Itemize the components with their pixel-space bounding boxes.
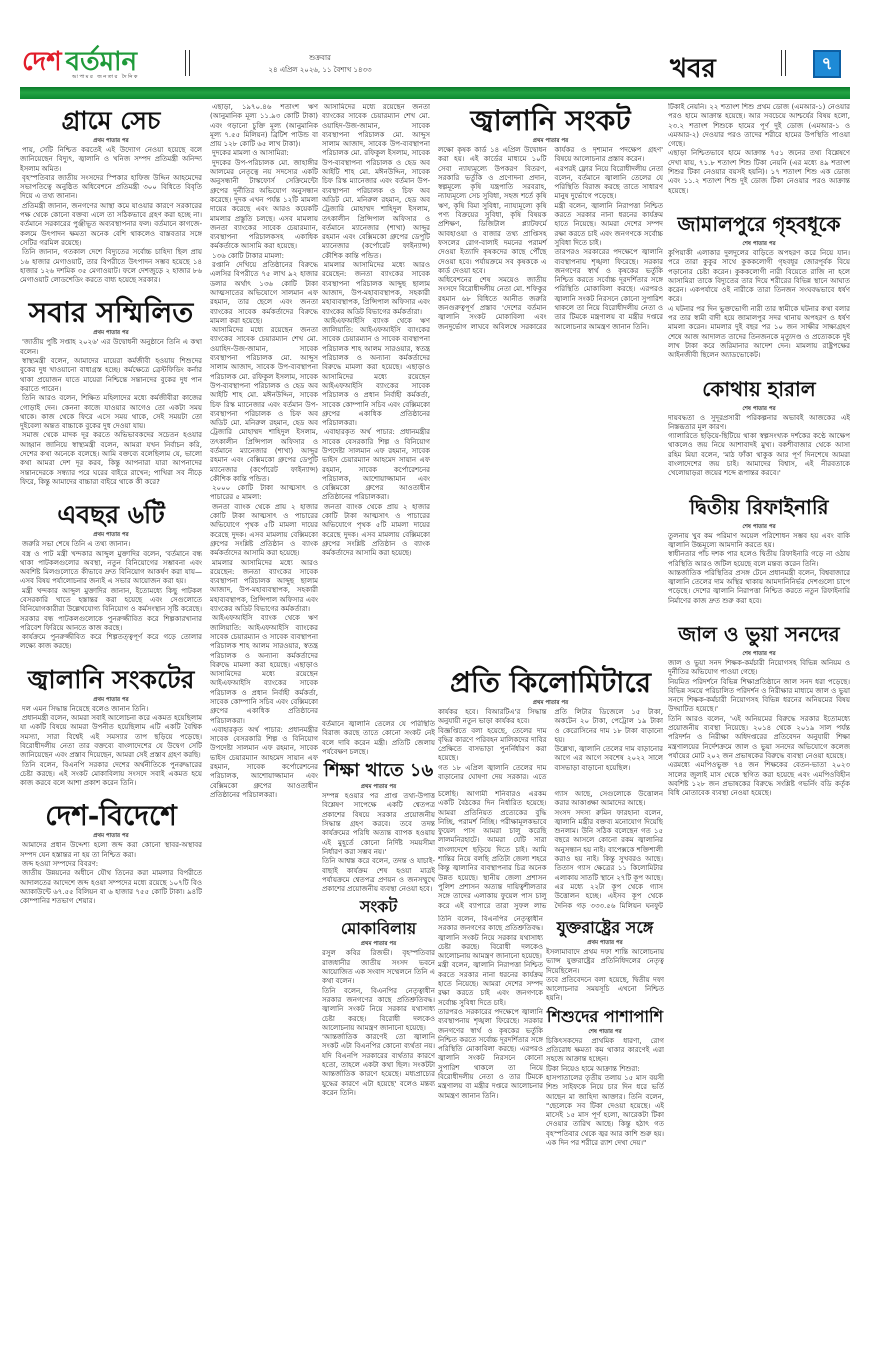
paragraph: দুদকের উপ-পরিচালক মো. জাহাঙ্গীর আলমের নে… [210,159,318,252]
paragraph: প্রতিমন্ত্রী জানান, জনগণের আস্থা কমে যাও… [20,202,202,248]
paragraph: পায়, সেটি নিশ্চিত করতেই এই উদ্যোগ নেওয়… [20,146,202,174]
continuation-label: প্রথম পাতার পর [20,329,202,337]
paragraph: জব্দ হওয়া সম্পদের বিবরণ: [20,860,202,869]
headline[interactable]: জাল ও ভুয়া সনদের [668,618,850,650]
paragraph: আসামিদের মধ্যে রয়েছেন জনতা ব্যাংকের সাব… [322,103,430,261]
paragraph: জাল ও ভুয়া সনদ শিক্ষক-কর্মচারী নিয়োগসহ… [668,659,850,678]
paragraph: 'জাতীয় পুষ্টি সপ্তাহ ২০২৬' এর উদ্বোধনী … [20,338,202,357]
continuation-label: প্রথম পাতার পর [438,137,663,145]
paragraph: তুলনায় খুব কম পরিমাণ অয়েল পরিশোধন সম্ভ… [668,532,850,551]
paragraph: টিকা নিয়েও হামে আক্রান্ত শিশুরা: [546,1065,664,1074]
paragraph: দুদকের মামলা ও আসামিরা: [210,149,318,158]
paragraph: তিনি বলেন, বিএনপি সরকার দেশের অর্থনীতিকে… [20,761,202,789]
paragraph: আইএফআইসি ব্যাংক থেকে ঋণ জালিয়াতি: আইএফআ… [322,317,430,429]
paragraph: জনতা ব্যাংক থেকে প্রায় ২ হাজার কোটি টাক… [322,503,430,559]
paragraph: আইএফআইসি ব্যাংক থেকে ঋণ জালিয়াতি: আইএফআ… [210,614,318,726]
article-jwalani-sonkot: জ্বালানি সংকট প্রথম পাতার পর লক্ষো কৃষক … [438,103,663,663]
paragraph: আন্তর্জাতিক পরিস্থিতির প্রসঙ্গ টেনে প্রধ… [668,569,850,606]
continuation-label: প্রথম পাতার পর [438,699,663,707]
paragraph: বৃহস্পতিবার জাতীয় সংসদের স্পিকার হাফিজ … [20,174,202,202]
logo-word-bortoman: বর্তমান [66,47,137,77]
paragraph: তিনি আরও বলেন, শিক্ষিত মহিলাদের মধ্যে কর… [20,394,202,431]
logo-tagline: আপামর জনতার দৈনিক [72,74,139,82]
logo-word-desh: দেশ [22,47,62,77]
column-3-lower: বর্তমানে জ্বালানি তেলের যে পরিস্থিতি বির… [322,720,435,1348]
headline[interactable]: জ্বালানি সংকটের [20,664,202,696]
paragraph: আমাদের প্রধান উদ্দেশ্য হলো জব্দ করা কোনো… [20,841,202,860]
paragraph: তবে প্রতিবেদনে বলা হয়েছে, দ্বিতীয় দফা … [546,976,664,1004]
article-ebochor-6ti: এবছর ৬টি প্রথম পাতার পর জরুরি সভা শেষে ত… [20,499,202,652]
paragraph: জনতা ব্যাংক থেকে প্রায় ২ হাজার কোটি টাক… [210,503,318,559]
paragraph: গ্যালারিতে ছড়িয়ে-ছিটিয়ে থাকা স্বল্পসং… [668,432,850,478]
headline[interactable]: গ্রামে সেচ [20,105,202,137]
article-grame-sech: গ্রামে সেচ প্রথম পাতার পর পায়, সেটি নিশ… [20,105,202,285]
headline[interactable]: শিশুদের পাশাপাশি [546,1006,664,1028]
column-5-lower: যুক্তরাষ্ট্রের সঙ্গে প্রথম পাতার পর ইসলা… [546,915,664,1345]
paragraph: সমাজ থেকে মাদক দূর করতে অভিভাবকদের সচেতন… [20,431,202,487]
article-jal-o-vuya-sonod: জাল ও ভুয়া সনদের শেষ পাতার পর জাল ও ভুয… [668,618,850,798]
paragraph: সংসদ সদস্য রুমিন ফারহানা বলেন, জ্বালানি … [555,809,664,910]
article-jamalpure-grihobodhu: জামালপুরে গৃহবধূকে শেষ পাতার পর কুপিয়াক… [668,208,850,361]
column-3: আসামিদের মধ্যে রয়েছেন জনতা ব্যাংকের সাব… [322,103,430,823]
headline[interactable]: সংকট মোকাবিলায় [322,896,435,940]
paragraph: মন্ত্রী বলেন, জ্বালানি নিরাপত্তা নিশ্চিত… [438,961,543,1007]
paragraph: মন্ত্রী বলেন, জ্বালানি নিরাপত্তা নিশ্চিত… [555,202,664,248]
weekday: শুক্রবার [160,52,480,64]
continuation-label: শেষ পাতার পর [668,650,850,658]
paragraph: এছাড়া নিশ্চিতভাবে হামে আক্রান্ত ৭৫১ জনে… [668,149,850,195]
paragraph: স্বাস্থ্যমন্ত্রী বলেন, আমাদের মায়েরা কর… [20,357,202,394]
headline[interactable]: যুক্তরাষ্ট্রের সঙ্গে [546,917,664,939]
page-number-badge: ৭ [813,50,841,78]
paragraph: 'আন্তর্জাতিক কারণেই তো জ্বালানি সংকট এটা… [322,1033,435,1098]
article-hame-akranto: টিকাই নেয়নি। ২২ শতাংশ শিশু প্রথম ডোজ (এ… [668,103,850,196]
continuation-label: প্রথম পাতার পর [322,783,435,791]
masthead: দেশবর্তমান আপামর জনতার দৈনিক শুক্রবার ২৪… [20,48,850,84]
continuation-label: প্রথম পাতার পর [20,137,202,145]
paragraph: হাসপাতালের তৃতীয় তলায় ১৫ মাস বয়সী শিশ… [546,1074,664,1148]
headline[interactable]: জামালপুরে গৃহবধূকে [668,208,850,240]
continuation-label: প্রথম পাতার পর [546,939,664,947]
article-ditiyo-refinery: দ্বিতীয় রিফাইনারি শেষ পাতার পর তুলনায় … [668,491,850,606]
paragraph: বর্তমানে জ্বালানি তেলের যে পরিস্থিতি বির… [322,720,435,757]
paragraph: মামলার আসামিদের মধ্যে আরও রয়েছেন: জনতা … [210,559,318,615]
paragraph: টিকাই নেয়নি। ২২ শতাংশ শিশু প্রথম ডোজ (এ… [668,103,850,149]
article-kothay-haralo: কোথায় হারাল শেষ পাতার পর দায়বদ্ধতা ও স… [668,373,850,479]
continuation-label: প্রথম পাতার পর [20,832,202,840]
paragraph: ইসলামাবাদে প্রথম দফা শান্তি আলোচনায় ভ্য… [546,948,664,976]
paragraph: মামলার আসামিদের মধ্যে আরও রয়েছেন: জনতা … [322,261,430,317]
paragraph: কার্যকর হবে। বিআরটিএ'র সিদ্ধান্ত অনুযায়… [438,708,547,727]
column-1: গ্রামে সেচ প্রথম পাতার পর পায়, সেটি নিশ… [20,103,202,1348]
continuation-label: শেষ পাতার পর [668,405,850,413]
paragraph: তিনি বলেন, বিএনপির নেতৃত্বাধীন সরকার জনগ… [438,915,543,961]
article-proti-kilometer: প্রতি কিলোমিটারে প্রথম পাতার পর কার্যকর … [438,665,663,785]
paragraph: প্রধানমন্ত্রী বলেন, আমরা সবাই আলোচনা করে… [20,714,202,760]
headline[interactable]: শিক্ষা খাতে ১৬ [322,759,435,783]
paragraph: এরপরই ফ্লোর নিয়ে বিরোধীদলীয় নেতা বলেন,… [555,165,664,202]
paragraph: এবাহারকৃত অর্থ পাচার: প্রধানমন্ত্রীর সাব… [210,726,318,800]
paragraph: গ্যাস আছে, সেগুলোকে উত্তোলন করার আকাঙ্ক্… [555,790,664,809]
article-jwalani-sonkoter: জ্বালানি সংকটের প্রথম পাতার পর দল এমন সি… [20,664,202,789]
headline[interactable]: জ্বালানি সংকট [438,105,663,137]
article-bank-embezzlement: এছাড়া, ১৯৭০.৪৬ শতাংশ ঋণ (আনুমানিক মূল্য… [210,103,318,800]
paragraph: এবাহারকৃত অর্থ পাচার: প্রধানমন্ত্রীর সাব… [322,428,430,502]
article-desh-bideshe: দেশ-বিদেশে প্রথম পাতার পর আমাদের প্রধান … [20,800,202,906]
continuation-label: প্রথম পাতার পর [20,531,202,539]
paragraph: তারপরও সরকারের পদক্ষেপে জ্বালানি ব্যবস্থ… [438,1008,543,1101]
paragraph: এছাড়া, ১৯৭০.৪৬ শতাংশ ঋণ (আনুমানিক মূল্য… [210,103,318,149]
continuation-label: প্রথম পাতার পর [322,940,435,948]
paragraph: উল্লেখ্য, জ্বালানি তেলের দাম বাড়ানোর আগ… [555,745,664,773]
headline[interactable]: কোথায় হারাল [668,373,850,405]
section-title: খবর [670,48,716,92]
paragraph: বিজ্ঞপ্তিতে বলা হয়েছে, তেলের দাম বৃদ্ধি… [438,727,547,764]
article-1-may-theke: চলেছি। আগামী শনিবারও এরকম একটি বৈঠকের দি… [438,790,663,910]
paragraph: ২০০০ কোটি টাকা আত্মসাৎ ও পাচারের ৫ মামলা… [210,484,318,503]
paragraph: নিয়মিত পরিদর্শনে বিভিন্ন শিক্ষাপ্রতিষ্ঠ… [668,678,850,715]
paragraph: এ ঘটনার পর দিন ভুক্তভোগী নারী তার স্বামী… [668,305,850,361]
paragraph: রপ্তানি দেখিয়ে প্রতিষ্ঠানের বিরুদ্ধে এল… [210,261,318,326]
paragraph: তিনি আরও বলেন, 'এই অনিয়মের বিরুদ্ধে সরক… [668,715,850,761]
dateline: শুক্রবার ২৪ এপ্রিল ২০২৬, ১১ বৈশাখ ১৪৩৩ [160,52,480,76]
paragraph: সম্পন্ন হওয়ার পর প্রাপ্ত তথ্য-উপাত্ত বি… [322,792,435,857]
column-4-lower: তিনি বলেন, বিএনপির নেতৃত্বাধীন সরকার জনগ… [438,915,543,1345]
paragraph: এরমধ্যে এমপিওভুক্ত ৭৪ জন শিক্ষকের বেতন-ভ… [668,761,850,798]
paragraph: আসামিদের মধ্যে রয়েছেন জনতা ব্যাংকের সাব… [210,326,318,484]
masthead-divider [781,50,786,76]
paragraph: চলেছি। আগামী শনিবারও এরকম একটি বৈঠকের দি… [438,790,547,910]
paragraph: তিনি জানান, গতকাল দেশে বিদ্যুতের সর্বোচ্… [20,248,202,285]
article-sobar-sommilito: সবার সম্মিলিত প্রথম পাতার পর 'জাতীয় পুষ… [20,297,202,487]
paragraph: লক্ষো কৃষক কার্ড ১৪ এপ্রিল উদ্বোধন করা হ… [438,146,547,276]
continuation-label: শেষ পাতার পর [668,523,850,531]
headline[interactable]: দ্বিতীয় রিফাইনারি [668,491,850,523]
paragraph: বস্ত্র ও পাট মন্ত্রী খন্দকার আব্দুল মুক্… [20,550,202,587]
headline[interactable]: দেশ-বিদেশে [20,800,202,832]
paragraph: স্বাধীনতার পাঁচ দশক পার হলেও দ্বিতীয় রি… [668,550,850,569]
issue-date: ২৪ এপ্রিল ২০২৬, ১১ বৈশাখ ১৪৩৩ [160,64,480,76]
column-right: টিকাই নেয়নি। ২২ শতাংশ শিশু প্রথম ডোজ (এ… [668,103,850,1348]
column-2: এছাড়া, ১৯৭০.৪৬ শতাংশ ঋণ (আনুমানিক মূল্য… [210,103,318,1348]
continuation-label: শেষ পাতার পর [668,240,850,248]
paragraph: চিকিৎসকদের প্রাথমিক ধারণা, রোগ প্রতিরোধ … [546,1037,664,1065]
headline[interactable]: সবার সম্মিলিত [20,297,202,329]
headline[interactable]: প্রতি কিলোমিটারে [438,667,663,699]
header-rule [20,87,850,99]
paragraph: দায়বদ্ধতা ও সুদূরপ্রসারী পরিকল্পনার অভা… [668,414,850,433]
paragraph: তিনি বলেন, বিএনপির নেতৃত্বাধীন সরকার জনগ… [322,987,435,1033]
paragraph: মন্ত্রী খন্দকার আব্দুল মুক্তাদির জানান, … [20,587,202,633]
continuation-label: শেষ পাতার পর [546,1028,664,1036]
paragraph: দল এমন সিদ্ধান্ত নিয়েছে বলেও জানান তিনি… [20,705,202,714]
paragraph: জরুরি সভা শেষে তিনি এ তথ্য জানান। [20,540,202,549]
continuation-label: প্রথম পাতার পর [20,696,202,704]
paragraph: কুপিয়াকী এলাকার দুলদুলের বাড়িতে অপহরণ … [668,249,850,305]
paragraph: জাতীয় উন্নয়নের অধীনে যৌথ তিনের করা মাম… [20,869,202,906]
paragraph: তিনি আশ্বস্ত করে বলেন, তদন্ত ও যাচাই-বাছ… [322,857,435,894]
paragraph: কার্যক্রমে পুনরুজ্জীবিত করে শিল্পতত্ত্বপ… [20,633,202,652]
headline[interactable]: এবছর ৬টি [20,499,202,531]
paragraph: ১৩৬ কোটি টাকার মামলা: [210,252,318,261]
paragraph: তারপরও সরকারের পদক্ষেপে জ্বালানি ব্যবস্থ… [555,248,664,332]
paragraph: রসুল কবির রিজভী। বৃহস্পতিবার রাজধানীর জা… [322,949,435,986]
newspaper-logo[interactable]: দেশবর্তমান আপামর জনতার দৈনিক [22,48,137,78]
